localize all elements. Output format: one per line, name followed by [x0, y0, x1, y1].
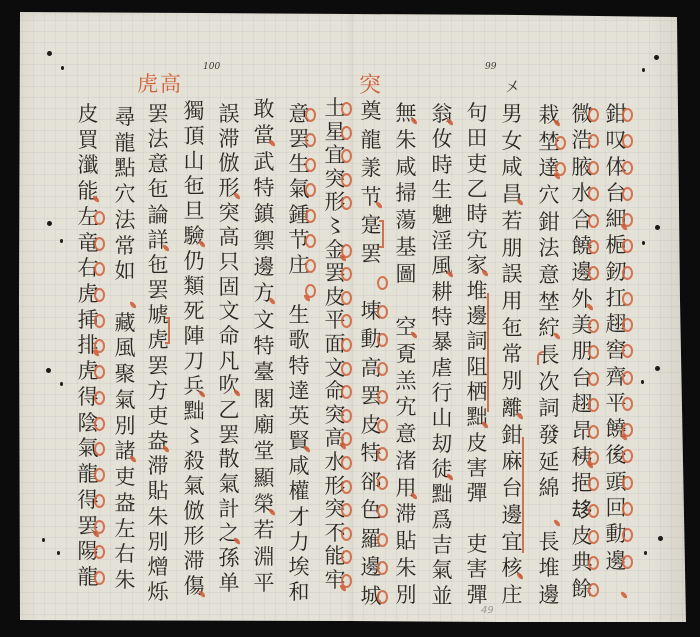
red-punctuation-marks	[340, 97, 354, 591]
red-punctuation-marks	[93, 103, 107, 588]
no-mark	[234, 325, 248, 347]
no-mark	[163, 405, 177, 427]
binding-hole	[60, 239, 63, 243]
red-tick-mark	[269, 282, 283, 304]
no-mark	[554, 397, 568, 419]
no-mark	[199, 500, 213, 522]
red-circle-mark	[621, 261, 635, 283]
red-circle-tick-mark	[93, 515, 107, 537]
no-mark	[269, 335, 283, 357]
no-mark	[517, 210, 531, 232]
no-mark	[304, 480, 318, 502]
no-mark	[447, 357, 461, 379]
no-mark	[411, 156, 425, 178]
no-mark	[554, 237, 568, 259]
red-circle-mark	[621, 182, 635, 204]
no-mark	[269, 203, 283, 225]
no-mark	[199, 525, 213, 547]
no-mark	[482, 203, 496, 225]
red-circle-mark	[621, 497, 635, 519]
red-circle-mark	[376, 442, 390, 464]
red-circle-tick-mark	[340, 239, 354, 261]
red-circle-mark	[587, 314, 601, 336]
red-tick-mark	[234, 522, 248, 544]
red-punctuation-marks	[234, 103, 248, 594]
red-circle-mark	[93, 437, 107, 459]
red-circle-mark	[621, 444, 635, 466]
no-mark	[554, 291, 568, 313]
no-mark	[554, 531, 568, 553]
red-tick-mark	[587, 288, 601, 310]
red-circle-mark	[93, 309, 107, 331]
red-circle-mark	[587, 499, 601, 521]
no-mark	[199, 275, 213, 297]
no-mark	[199, 300, 213, 322]
red-circle-mark	[621, 523, 635, 545]
no-mark	[199, 200, 213, 222]
no-mark	[269, 177, 283, 199]
text-column-left-4: 誤滞倣形突高只固文命凡吹乙罢散氣計之孫单	[217, 103, 241, 594]
red-punctuation-marks	[587, 103, 601, 600]
no-mark	[130, 260, 144, 282]
no-mark	[554, 584, 568, 606]
no-mark	[130, 363, 144, 385]
no-mark	[130, 569, 144, 591]
no-mark	[234, 572, 248, 594]
no-mark	[163, 581, 177, 603]
red-circle-mark	[93, 412, 107, 434]
red-tick-mark	[269, 493, 283, 515]
red-punctuation-marks	[130, 106, 144, 591]
red-circle-mark	[340, 357, 354, 379]
red-punctuation-marks	[411, 102, 425, 606]
binding-hole	[57, 551, 60, 555]
red-circle-mark	[304, 178, 318, 200]
red-tick-mark	[411, 102, 425, 124]
red-tick-mark	[163, 430, 177, 452]
binding-hole	[654, 55, 659, 60]
red-tick-mark	[130, 286, 144, 308]
no-mark	[376, 100, 390, 122]
no-mark	[130, 518, 144, 540]
pencil-folio-number: 49	[481, 606, 494, 616]
no-mark	[482, 558, 496, 580]
no-mark	[411, 182, 425, 204]
no-mark	[234, 251, 248, 273]
red-circle-mark	[587, 525, 601, 547]
red-circle-mark	[587, 182, 601, 204]
no-mark	[482, 508, 496, 530]
binding-hole	[42, 538, 45, 542]
no-mark	[199, 350, 213, 372]
red-circle-mark	[587, 472, 601, 494]
red-circle-mark	[587, 209, 601, 231]
no-mark	[482, 305, 496, 327]
red-circle-mark	[304, 254, 318, 276]
red-tick-mark	[621, 576, 635, 598]
no-mark	[482, 356, 496, 378]
red-punctuation-marks	[199, 100, 213, 597]
no-mark	[517, 424, 531, 446]
no-mark	[163, 480, 177, 502]
text-column-right-8: 奠龍羕节寔罢𨀐埬動高罢皮特郤色羅邊城	[359, 100, 383, 607]
no-mark	[517, 103, 531, 125]
no-mark	[517, 450, 531, 472]
no-mark	[411, 129, 425, 151]
red-circle-mark	[376, 414, 390, 436]
no-mark	[304, 581, 318, 603]
red-circle-tick-mark	[621, 208, 635, 230]
red-circle-mark	[93, 386, 107, 408]
page-number-left: 100	[203, 63, 220, 72]
no-mark	[234, 226, 248, 248]
red-circle-mark	[340, 121, 354, 143]
red-tick-mark	[482, 254, 496, 276]
no-mark	[340, 215, 354, 237]
red-circle-tick-mark	[304, 279, 318, 301]
binding-hole	[47, 221, 52, 226]
no-mark	[517, 156, 531, 178]
no-mark	[163, 304, 177, 326]
red-circle-mark	[376, 271, 390, 293]
no-mark	[411, 584, 425, 606]
no-mark	[130, 106, 144, 128]
no-mark	[447, 179, 461, 201]
no-mark	[447, 433, 461, 455]
no-mark	[517, 370, 531, 392]
photo-background: 100 99 虎高 突 㐅 鉗叹体台細梔釰扛趐窖齊平饒後頭回動邊𣵰 微浩腋水合饒…	[0, 0, 700, 637]
red-circle-mark	[340, 545, 354, 567]
no-mark	[234, 350, 248, 372]
no-mark	[269, 388, 283, 410]
red-circle-tick-mark	[587, 446, 601, 468]
red-punctuation-marks	[163, 103, 177, 603]
no-mark	[130, 157, 144, 179]
red-circle-mark	[587, 420, 601, 442]
no-mark	[234, 103, 248, 125]
red-punctuation-marks	[447, 103, 461, 607]
text-column-right-2: 微浩腋水合饒邊外美朋台趐昂䄺挹𠫾皮典餘	[570, 103, 594, 600]
red-tick-mark	[517, 397, 531, 419]
no-mark	[130, 415, 144, 437]
no-mark	[93, 129, 107, 151]
red-circle-mark	[621, 550, 635, 572]
red-circle-mark	[376, 300, 390, 322]
red-circle-mark	[340, 451, 354, 473]
no-mark	[376, 157, 390, 179]
no-mark	[517, 343, 531, 365]
red-circle-mark	[587, 261, 601, 283]
no-mark	[130, 132, 144, 154]
no-mark	[304, 304, 318, 326]
red-circle-mark	[587, 578, 601, 600]
no-mark	[199, 475, 213, 497]
no-mark	[234, 152, 248, 174]
red-circle-mark	[621, 103, 635, 125]
no-mark	[163, 103, 177, 125]
no-mark	[163, 279, 177, 301]
red-tick-mark	[376, 186, 390, 208]
red-tick-mark	[199, 375, 213, 397]
red-circle-mark	[340, 309, 354, 331]
page-number-right: 99	[485, 63, 496, 72]
red-circle-mark	[554, 131, 568, 153]
no-mark	[411, 396, 425, 418]
red-circle-mark	[93, 540, 107, 562]
no-mark	[517, 237, 531, 259]
no-mark	[517, 584, 531, 606]
no-mark	[199, 400, 213, 422]
binding-hole	[642, 241, 645, 245]
no-mark	[447, 306, 461, 328]
red-tick-mark	[199, 575, 213, 597]
text-column-left-6: 罢法意㐌論詳㐌罢虓虎罢方吏盎滞貼朱別熷烁	[146, 103, 170, 603]
red-circle-mark	[621, 234, 635, 256]
no-mark	[199, 450, 213, 472]
no-mark	[199, 150, 213, 172]
red-circle-mark	[621, 392, 635, 414]
red-circle-mark	[340, 333, 354, 355]
no-mark	[130, 235, 144, 257]
no-mark	[554, 184, 568, 206]
red-circle-tick-mark	[340, 569, 354, 591]
red-tick-mark	[199, 225, 213, 247]
no-mark	[482, 584, 496, 606]
no-mark	[411, 370, 425, 392]
no-mark	[482, 457, 496, 479]
red-tick-mark	[234, 177, 248, 199]
red-circle-mark	[93, 463, 107, 485]
no-mark	[411, 557, 425, 579]
red-tick-mark	[517, 183, 531, 205]
no-mark	[269, 256, 283, 278]
binding-hole	[658, 536, 663, 541]
red-circle-mark	[621, 366, 635, 388]
binding-hole	[641, 380, 644, 384]
binding-hole	[60, 382, 63, 386]
no-mark	[163, 455, 177, 477]
no-mark	[517, 531, 531, 553]
no-mark	[554, 451, 568, 473]
no-mark	[554, 344, 568, 366]
no-mark	[447, 559, 461, 581]
no-mark	[447, 128, 461, 150]
no-mark	[517, 130, 531, 152]
no-mark	[234, 498, 248, 520]
no-mark	[482, 102, 496, 124]
no-mark	[304, 329, 318, 351]
no-mark	[517, 263, 531, 285]
red-circle-mark	[587, 156, 601, 178]
no-mark	[199, 425, 213, 447]
no-mark	[447, 407, 461, 429]
red-circle-mark	[340, 498, 354, 520]
no-mark	[199, 550, 213, 572]
no-mark	[447, 534, 461, 556]
no-mark	[517, 477, 531, 499]
no-mark	[163, 254, 177, 276]
red-circle-mark	[621, 156, 635, 178]
no-mark	[304, 405, 318, 427]
no-mark	[554, 424, 568, 446]
red-circle-mark	[304, 128, 318, 150]
text-column-left-7: 尋龍點穴法常如𥿁藏風聚氣別諸吏盎左右朱	[113, 106, 137, 591]
no-mark	[130, 466, 144, 488]
no-mark	[234, 202, 248, 224]
no-mark	[199, 250, 213, 272]
red-tick-mark	[304, 430, 318, 452]
red-circle-mark	[340, 286, 354, 308]
text-column-left-5: 獨頂山㐌旦驗仍類死陣刀兵黜〻殺氣倣形滞傷	[182, 100, 206, 597]
red-tick-mark	[269, 124, 283, 146]
red-circle-tick-mark	[554, 157, 568, 179]
red-circle-mark	[340, 262, 354, 284]
no-mark	[130, 183, 144, 205]
binding-hole	[642, 68, 645, 72]
red-circle-mark	[587, 103, 601, 125]
no-mark	[447, 382, 461, 404]
red-circle-tick-mark	[93, 334, 107, 356]
red-tick-mark	[554, 104, 568, 126]
no-mark	[93, 154, 107, 176]
no-mark	[411, 530, 425, 552]
text-column-right-3: 栽埜達穴鉗法意埜紵長次詞發延綿𡢐長堆邊	[537, 104, 561, 606]
no-mark	[447, 230, 461, 252]
red-punctuation-marks	[304, 103, 318, 603]
red-circle-mark	[93, 283, 107, 305]
no-mark	[554, 264, 568, 286]
red-tick-mark	[447, 458, 461, 480]
red-circle-mark	[621, 129, 635, 151]
red-tick-mark	[447, 103, 461, 125]
red-punctuation-marks	[554, 104, 568, 606]
red-tick-mark	[517, 557, 531, 579]
no-mark	[269, 572, 283, 594]
no-mark	[447, 204, 461, 226]
red-circle-mark	[340, 144, 354, 166]
section-heading-left: 虎高	[137, 73, 183, 95]
binding-hole	[46, 368, 51, 373]
red-circle-mark	[340, 475, 354, 497]
no-mark	[130, 492, 144, 514]
no-mark	[163, 204, 177, 226]
no-mark	[163, 355, 177, 377]
no-mark	[269, 519, 283, 541]
red-circle-tick-mark	[340, 427, 354, 449]
text-column-right-6: 翁㚢時生䰠淫風耕特暴虐行山刧徒黜爲吉氣並	[430, 103, 454, 607]
red-punctuation-marks	[482, 102, 496, 606]
no-mark	[269, 309, 283, 331]
red-circle-mark	[376, 585, 390, 607]
no-mark	[482, 330, 496, 352]
red-tick-mark	[234, 374, 248, 396]
red-circle-mark	[587, 551, 601, 573]
no-mark	[234, 276, 248, 298]
no-mark	[376, 129, 390, 151]
text-column-left-3: 敢當武特鎮禦邊方文特臺閣廟堂顯榮若淵平	[252, 98, 276, 594]
red-tick-mark	[163, 229, 177, 251]
no-mark	[482, 432, 496, 454]
red-circle-mark	[621, 339, 635, 361]
no-mark	[411, 423, 425, 445]
no-mark	[304, 380, 318, 402]
no-mark	[411, 289, 425, 311]
red-circle-mark	[376, 499, 390, 521]
no-mark	[199, 100, 213, 122]
section-heading-right: 突	[359, 75, 381, 97]
red-circle-mark	[340, 522, 354, 544]
red-circle-mark	[93, 206, 107, 228]
no-mark	[199, 125, 213, 147]
no-mark	[130, 389, 144, 411]
no-mark	[554, 371, 568, 393]
no-mark	[199, 325, 213, 347]
no-mark	[482, 482, 496, 504]
no-mark	[411, 450, 425, 472]
red-tick-mark	[554, 504, 568, 526]
no-mark	[163, 178, 177, 200]
no-mark	[482, 533, 496, 555]
no-mark	[269, 440, 283, 462]
red-circle-tick-mark	[621, 418, 635, 440]
no-mark	[304, 455, 318, 477]
red-circle-mark	[587, 340, 601, 362]
red-tick-mark	[130, 440, 144, 462]
red-circle-mark	[304, 229, 318, 251]
red-circle-mark	[304, 153, 318, 175]
no-mark	[234, 448, 248, 470]
no-mark	[411, 236, 425, 258]
no-mark	[163, 380, 177, 402]
no-mark	[163, 506, 177, 528]
no-mark	[482, 280, 496, 302]
no-mark	[517, 317, 531, 339]
red-circle-mark	[93, 360, 107, 382]
no-mark	[234, 473, 248, 495]
red-circle-mark	[587, 129, 601, 151]
no-mark	[447, 509, 461, 531]
no-mark	[234, 300, 248, 322]
red-circle-mark	[376, 385, 390, 407]
no-mark	[163, 531, 177, 553]
no-mark	[376, 243, 390, 265]
red-tick-mark	[447, 255, 461, 277]
no-mark	[411, 343, 425, 365]
red-circle-mark	[93, 489, 107, 511]
no-mark	[163, 556, 177, 578]
text-column-right-4: 男女咸昌若朋誤用㐌常別離鉗麻台邊宜核庄	[500, 103, 524, 606]
red-circle-mark	[621, 313, 635, 335]
text-column-right-5: 句田吏乙時宄家堆邊詞阻栖黜皮害彈𡢐吏害彈	[465, 102, 489, 606]
text-column-left-1: 土星宜突形〻金罢皮平面文命突高水形突不能牢	[323, 97, 347, 591]
red-circle-mark	[340, 168, 354, 190]
no-mark	[269, 361, 283, 383]
no-mark	[234, 424, 248, 446]
no-mark	[93, 103, 107, 125]
no-mark	[269, 467, 283, 489]
no-mark	[447, 154, 461, 176]
no-mark	[482, 153, 496, 175]
red-circle-mark	[376, 471, 390, 493]
no-mark	[199, 175, 213, 197]
binding-hole	[655, 225, 660, 230]
red-circle-mark	[587, 367, 601, 389]
no-mark	[482, 381, 496, 403]
no-mark	[163, 128, 177, 150]
binding-hole	[61, 66, 64, 70]
red-circle-mark	[340, 380, 354, 402]
no-mark	[554, 211, 568, 233]
